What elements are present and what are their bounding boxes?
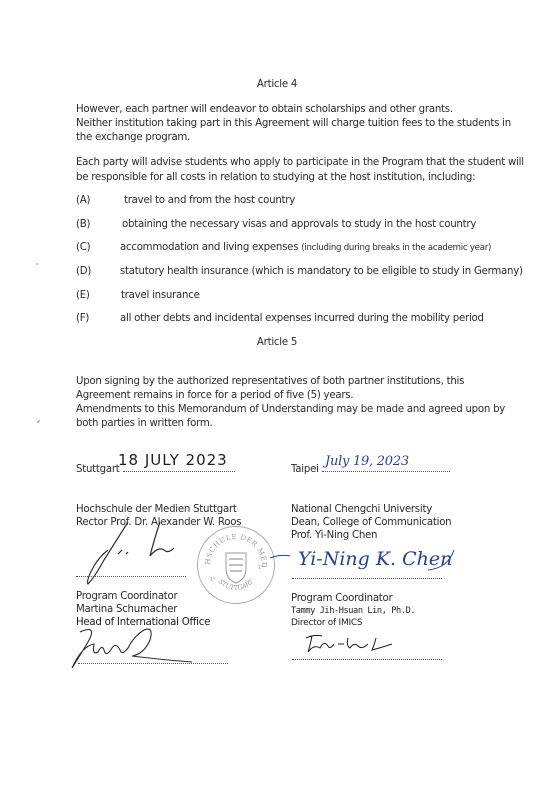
signature-line xyxy=(292,659,442,660)
svg-text:STUTTGART: STUTTGART xyxy=(217,577,256,592)
rector-signature xyxy=(78,520,188,590)
article-4-para2-line2: be responsible for all costs in relation… xyxy=(76,172,475,183)
list-item-text: accommodation and living expenses (inclu… xyxy=(120,242,491,253)
seal-stamp: HOCHSCHULE DER MEDIEN STUTTGART 1* 1* xyxy=(197,526,275,604)
signature-line xyxy=(76,576,186,577)
article-5-line2: Agreement remains in force for a period … xyxy=(76,390,353,401)
signature-line xyxy=(292,578,442,579)
place-label: Stuttgart xyxy=(76,464,120,475)
coordinator-name: Tammy Jih-Hsuan Lin, Ph.D. xyxy=(291,606,415,616)
coordinator-signature xyxy=(68,622,198,672)
article-4-para2-line1: Each party will advise students who appl… xyxy=(76,157,524,168)
coordinator-signature xyxy=(300,632,400,656)
date-line xyxy=(322,470,450,472)
list-item-label: (B) xyxy=(76,219,90,230)
list-item-label: (C) xyxy=(76,242,90,253)
list-item-text: travel to and from the host country xyxy=(124,195,295,206)
list-item-label: (A) xyxy=(76,195,90,206)
article-4-para1-line1: However, each partner will endeavor to o… xyxy=(76,104,453,115)
coordinator-name: Martina Schumacher xyxy=(76,604,177,615)
signature-line xyxy=(78,663,228,664)
handwritten-date: 18 JULY 2023 xyxy=(118,451,228,469)
list-item-text: statutory health insurance (which is man… xyxy=(120,266,523,277)
scan-mark xyxy=(36,263,38,265)
article-4-heading: Article 4 xyxy=(0,79,554,90)
handwritten-date: July 19, 2023 xyxy=(325,454,409,469)
coat-of-arms-icon: HOCHSCHULE DER MEDIEN STUTTGART 1* 1* xyxy=(198,527,274,603)
signer-name: Prof. Yi-Ning Chen xyxy=(291,530,377,541)
list-item-text: obtaining the necessary visas and approv… xyxy=(122,219,476,230)
article-5-heading: Article 5 xyxy=(0,337,554,348)
coordinator-role: Program Coordinator xyxy=(291,593,392,604)
coordinator-role: Program Coordinator xyxy=(76,591,177,602)
list-item-label: (E) xyxy=(76,290,90,301)
institution-name: Hochschule der Medien Stuttgart xyxy=(76,504,237,515)
date-line xyxy=(123,470,235,472)
article-4-para1-line2: Neither institution taking part in this … xyxy=(76,118,511,129)
list-item-text: travel insurance xyxy=(121,290,200,301)
scan-mark xyxy=(37,420,40,423)
list-item-main: accommodation and living expenses xyxy=(120,242,298,253)
article-5-line3: Amendments to this Memorandum of Underst… xyxy=(76,404,505,415)
list-item-note: (including during breaks in the academic… xyxy=(301,243,491,253)
list-item-label: (F) xyxy=(76,313,89,324)
institution-name: National Chengchi University xyxy=(291,504,432,515)
list-item-label: (D) xyxy=(76,266,91,277)
svg-text:1*: 1* xyxy=(258,565,264,571)
list-item-text: all other debts and incidental expenses … xyxy=(120,313,484,324)
signer-role: Dean, College of Communication xyxy=(291,517,451,528)
article-5-line4: both parties in written form. xyxy=(76,418,213,429)
svg-text:HOCHSCHULE DER MEDIEN: HOCHSCHULE DER MEDIEN xyxy=(198,527,268,568)
article-5-line1: Upon signing by the authorized represent… xyxy=(76,376,464,387)
article-4-para1-line3: the exchange program. xyxy=(76,132,190,143)
place-label: Taipei xyxy=(291,464,319,475)
svg-text:1*: 1* xyxy=(210,577,216,583)
coordinator-title: Director of IMICS xyxy=(291,618,362,628)
